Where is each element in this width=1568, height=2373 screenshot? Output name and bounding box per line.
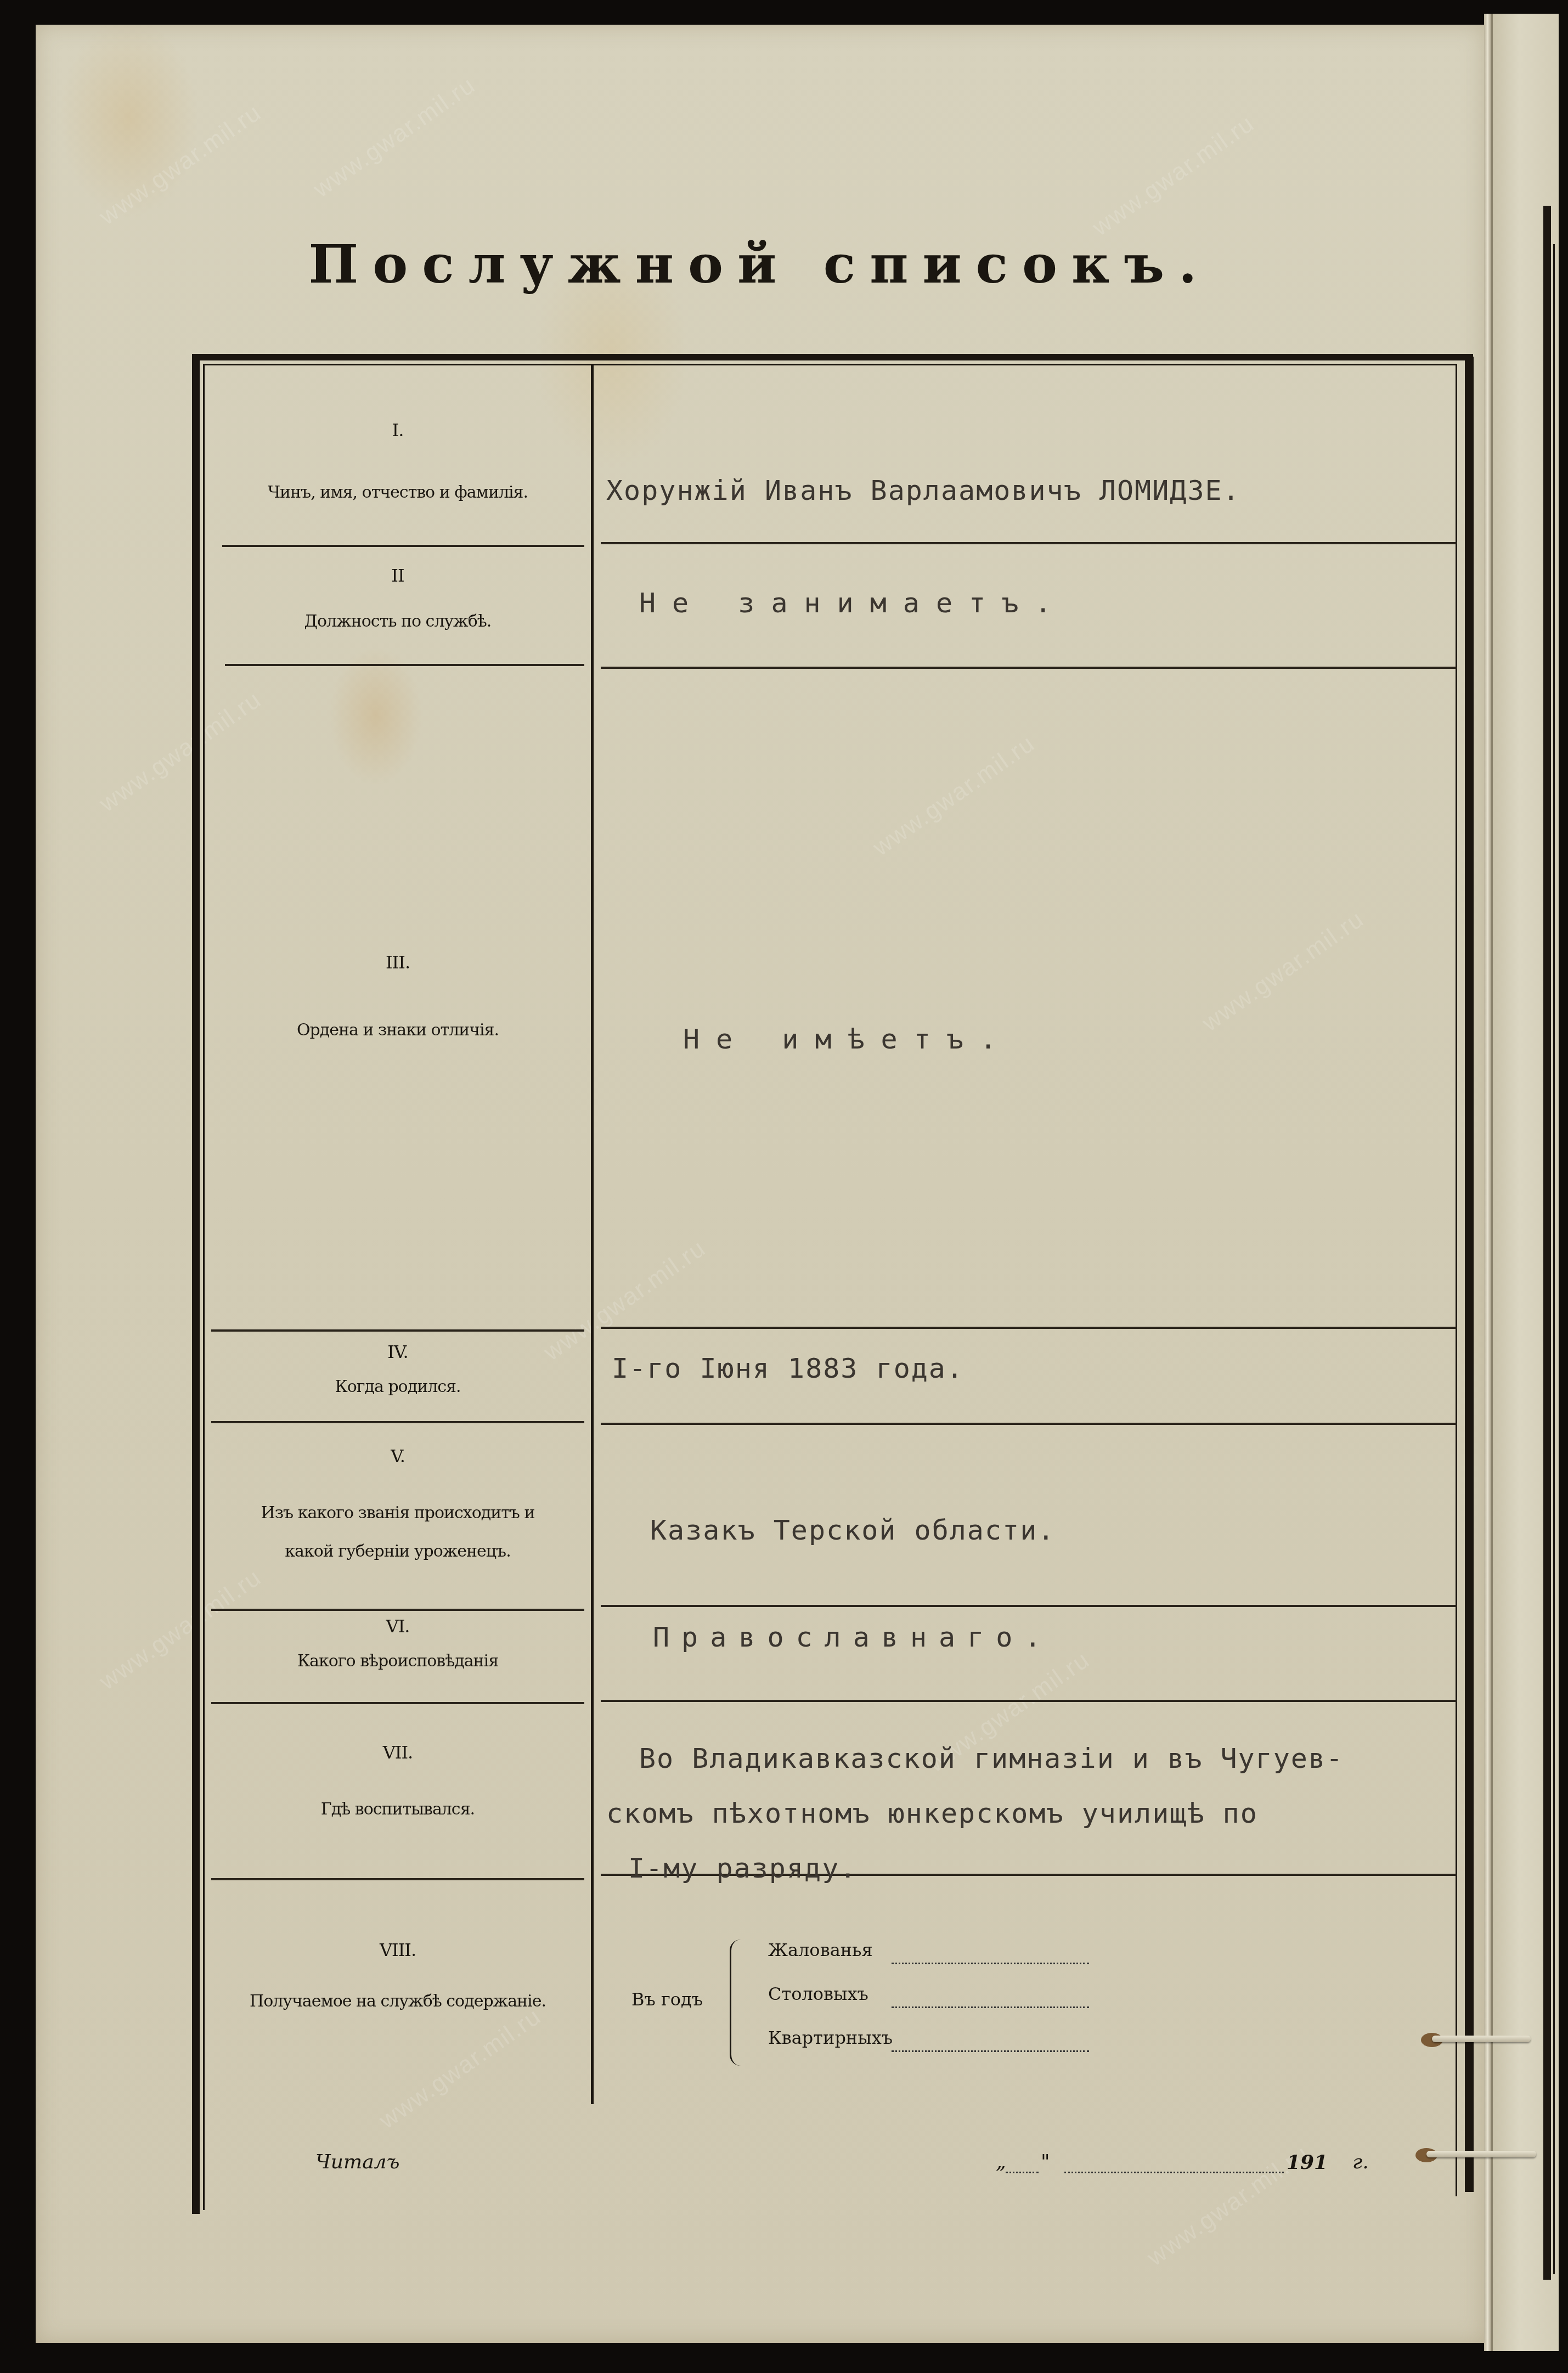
frame-border-inner-left xyxy=(203,364,205,2210)
section-number: III. xyxy=(211,952,584,973)
field-label-orders: III. Ордена и знаки отличія. xyxy=(211,952,584,1050)
row-divider xyxy=(211,1421,584,1423)
column-divider xyxy=(591,365,594,2104)
row-divider xyxy=(225,664,584,666)
row-divider xyxy=(211,1329,584,1332)
row-divider xyxy=(601,1327,1457,1329)
close-quote: " xyxy=(1041,2151,1050,2173)
row-divider xyxy=(222,545,584,547)
section-number: IV. xyxy=(211,1341,584,1362)
watermark: www.gwar.mil.ru xyxy=(308,71,481,203)
field-value-position: Не занимаетъ. xyxy=(639,587,1484,619)
month-blank xyxy=(1064,2172,1284,2173)
page-title: Послужной списокъ. xyxy=(36,233,1484,295)
label-text: Чинъ, имя, отчество и фамилія. xyxy=(211,474,584,512)
field-label-birth-date: IV. Когда родился. xyxy=(211,1341,584,1406)
watermark: www.gwar.mil.ru xyxy=(1197,905,1369,1037)
label-text-line1: Изъ какого званія происходитъ и xyxy=(211,1494,584,1532)
row-divider xyxy=(601,667,1457,669)
section-number: VIII. xyxy=(211,1940,584,1960)
field-value-rank-name: Хорунжій Иванъ Варлаамовичъ ЛОМИДЗЕ. xyxy=(606,475,1451,506)
label-text: Должность по службѣ. xyxy=(211,602,584,641)
section-number: II xyxy=(211,565,584,586)
label-text: Получаемое на службѣ содержаніе. xyxy=(211,1982,584,2021)
education-line-3: I-му разряду. xyxy=(628,1841,1484,1896)
frame-border-top xyxy=(195,354,1473,360)
field-value-education: Во Владикавказской гимназіи и въ Чугуев-… xyxy=(639,1731,1484,1896)
salary-table-blank xyxy=(892,2005,1089,2008)
open-quote: „ xyxy=(996,2151,1006,2173)
field-value-origin: Казакъ Терской области. xyxy=(650,1514,1495,1546)
binding-string xyxy=(1426,2151,1536,2157)
label-text: Когда родился. xyxy=(211,1368,584,1406)
section-number: I. xyxy=(211,420,584,441)
section-number: V. xyxy=(211,1446,584,1467)
field-label-education: VII. Гдѣ воспитывался. xyxy=(211,1742,584,1829)
label-text: Ордена и знаки отличія. xyxy=(211,1011,584,1050)
year-suffix: г. xyxy=(1352,2151,1369,2173)
frame-border-right xyxy=(1465,357,1474,2192)
row-divider xyxy=(601,1700,1457,1702)
brace-icon xyxy=(730,1940,741,2066)
watermark: www.gwar.mil.ru xyxy=(868,730,1040,861)
field-label-origin: V. Изъ какого званія происходитъ и какой… xyxy=(211,1446,584,1571)
salary-breakdown: Въ годъ Жалованья Столовыхъ Квартирныхъ xyxy=(628,1934,1122,2077)
year-prefix: 191 xyxy=(1287,2151,1328,2174)
frame-border-inner-right xyxy=(1456,364,1457,2196)
row-divider xyxy=(211,1878,584,1880)
adjacent-page-edge xyxy=(1491,14,1559,2351)
field-label-salary: VIII. Получаемое на службѣ содержаніе. xyxy=(211,1940,584,2021)
label-text-line2: какой губерніи уроженецъ. xyxy=(211,1532,584,1571)
education-line-2: скомъ пѣхотномъ юнкерскомъ училищѣ по xyxy=(606,1786,1484,1841)
adjacent-page-border xyxy=(1543,206,1551,2280)
watermark: www.gwar.mil.ru xyxy=(374,2003,546,2134)
section-number: VII. xyxy=(211,1742,584,1763)
field-label-rank-name: I. Чинъ, имя, отчество и фамилія. xyxy=(211,420,584,512)
row-divider xyxy=(211,1702,584,1704)
watermark: www.gwar.mil.ru xyxy=(1087,110,1260,241)
label-text: Гдѣ воспитывался. xyxy=(211,1790,584,1829)
field-label-religion: VI. Какого вѣроисповѣданія xyxy=(211,1616,584,1681)
watermark: www.gwar.mil.ru xyxy=(94,686,267,818)
field-label-position: II Должность по службѣ. xyxy=(211,565,584,641)
section-number: VI. xyxy=(211,1616,584,1637)
label-text: Какого вѣроисповѣданія xyxy=(211,1642,584,1681)
read-label: Читалъ xyxy=(315,2151,400,2173)
per-year-label: Въ годъ xyxy=(631,1989,703,2010)
service-record-page: www.gwar.mil.ru www.gwar.mil.ru www.gwar… xyxy=(36,25,1484,2343)
field-value-birth-date: I-го Iюня 1883 года. xyxy=(612,1352,1457,1384)
binding-string xyxy=(1432,2036,1531,2042)
salary-item-quarters: Квартирныхъ xyxy=(768,2027,893,2048)
row-divider xyxy=(211,1609,584,1611)
row-divider xyxy=(601,1605,1457,1607)
salary-pay-blank xyxy=(892,1961,1089,1964)
salary-quarters-blank xyxy=(892,2049,1089,2052)
field-value-religion: Православнаго. xyxy=(653,1621,1498,1653)
field-value-orders: Не имѣетъ. xyxy=(683,1023,1528,1055)
frame-border-inner-top xyxy=(203,364,1457,365)
education-line-1: Во Владикавказской гимназіи и въ Чугуев- xyxy=(639,1731,1484,1786)
salary-item-pay: Жалованья xyxy=(768,1940,873,1960)
adjacent-page-border-inner xyxy=(1553,244,1555,2274)
row-divider xyxy=(601,1423,1457,1425)
watermark: www.gwar.mil.ru xyxy=(94,99,267,230)
frame-border-left xyxy=(192,354,200,2214)
day-blank xyxy=(1006,2172,1039,2173)
row-divider xyxy=(601,542,1457,544)
salary-item-table: Столовыхъ xyxy=(768,1983,868,2004)
page-fold xyxy=(1484,14,1491,2351)
